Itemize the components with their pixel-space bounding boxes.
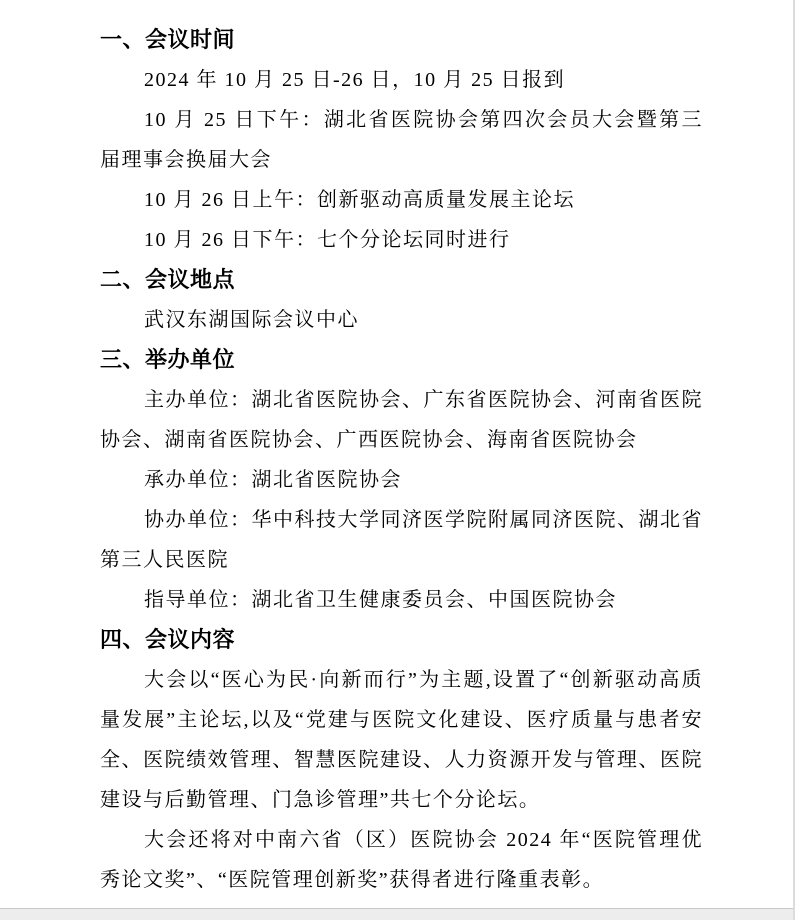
- para-undertaking-unit: 承办单位：湖北省医院协会: [100, 460, 703, 500]
- para-awards: 大会还将对中南六省（区）医院协会 2024 年“医院管理优秀论文奖”、“医院管理…: [100, 820, 703, 900]
- document-viewer: 一、会议时间 2024 年 10 月 25 日-26 日，10 月 25 日报到…: [0, 0, 795, 920]
- section-organizers: 三、举办单位 主办单位：湖北省医院协会、广东省医院协会、河南省医院协会、湖南省医…: [100, 340, 703, 620]
- section-meeting-location: 二、会议地点 武汉东湖国际会议中心: [100, 260, 703, 340]
- para-guidance-units: 指导单位：湖北省卫生健康委员会、中国医院协会: [100, 580, 703, 620]
- para-theme-forums: 大会以“医心为民·向新而行”为主题,设置了“创新驱动高质量发展”主论坛,以及“党…: [100, 660, 703, 820]
- para-location: 武汉东湖国际会议中心: [100, 300, 703, 340]
- section-heading-meeting-location: 二、会议地点: [100, 260, 703, 300]
- section-heading-organizers: 三、举办单位: [100, 340, 703, 380]
- section-heading-meeting-time: 一、会议时间: [100, 20, 703, 60]
- page-bottom-edge: [0, 908, 795, 920]
- para-oct26-morning: 10 月 26 日上午：创新驱动高质量发展主论坛: [100, 180, 703, 220]
- section-meeting-content: 四、会议内容 大会以“医心为民·向新而行”为主题,设置了“创新驱动高质量发展”主…: [100, 620, 703, 900]
- para-co-organizers: 协办单位：华中科技大学同济医学院附属同济医院、湖北省第三人民医院: [100, 500, 703, 580]
- para-host-units: 主办单位：湖北省医院协会、广东省医院协会、河南省医院协会、湖南省医院协会、广西医…: [100, 380, 703, 460]
- para-oct25-afternoon: 10 月 25 日下午：湖北省医院协会第四次会员大会暨第三届理事会换届大会: [100, 100, 703, 180]
- section-heading-meeting-content: 四、会议内容: [100, 620, 703, 660]
- section-meeting-time: 一、会议时间 2024 年 10 月 25 日-26 日，10 月 25 日报到…: [100, 20, 703, 260]
- para-meeting-dates: 2024 年 10 月 25 日-26 日，10 月 25 日报到: [100, 60, 703, 100]
- document-page: 一、会议时间 2024 年 10 月 25 日-26 日，10 月 25 日报到…: [100, 20, 703, 900]
- para-oct26-afternoon: 10 月 26 日下午：七个分论坛同时进行: [100, 220, 703, 260]
